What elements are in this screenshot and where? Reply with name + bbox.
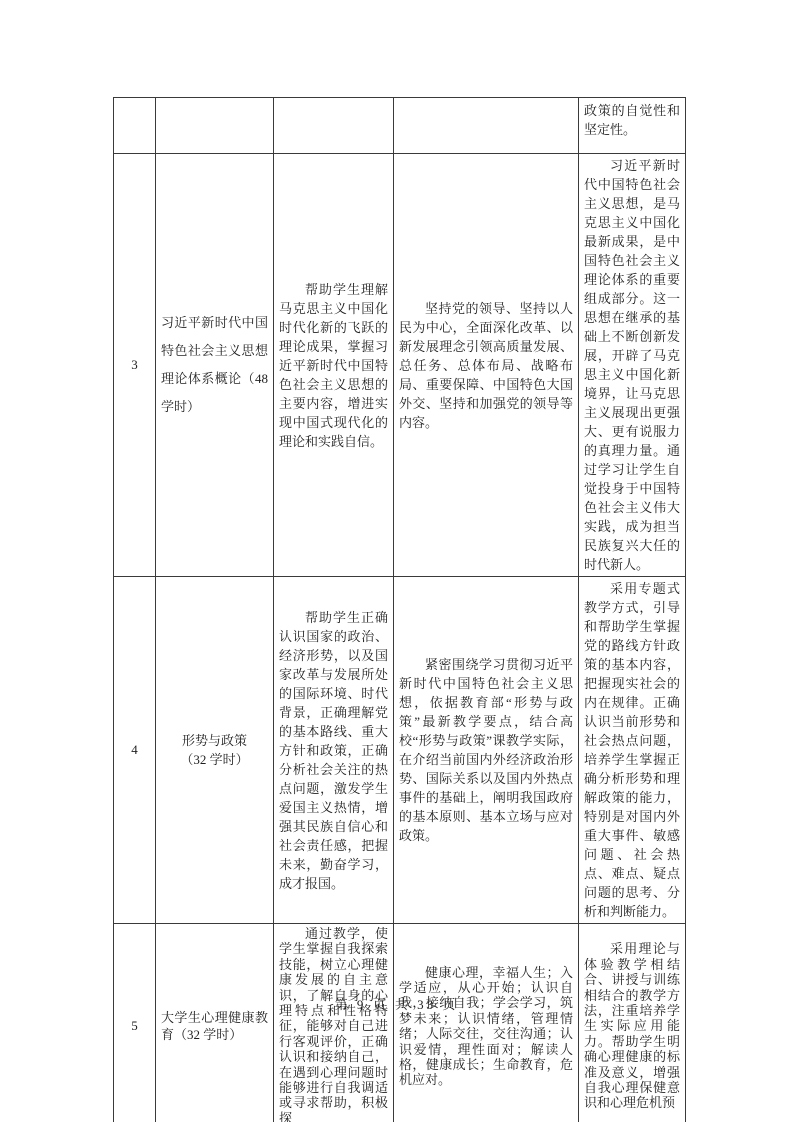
course-name-cell: 形势与政策 （32 学时） (156, 577, 274, 924)
table-row: 3 习近平新时代中国特色社会主义思想理论体系概论（48 学时） 帮助学生理解马克… (114, 154, 686, 577)
row-index-cell (114, 98, 156, 154)
objective-cell: 帮助学生理解马克思主义中国化时代化新的飞跃的理论成果，掌握习近平新时代中国特色社… (274, 154, 394, 577)
page-number: 第 9 页 共 33 页 (0, 994, 793, 1013)
course-table: 政策的自觉性和坚定性。 3 习近平新时代中国特色社会主义思想理论体系概论（48 … (113, 97, 686, 1122)
method-cell: 采用理论与体验教学相结合、讲授与训练相结合的教学方法，注重培养学生实际应用能力。… (579, 924, 686, 1122)
objective-cell (274, 98, 394, 154)
course-name-cell: 大学生心理健康教育（32 学时） (156, 924, 274, 1122)
objective-cell: 帮助学生正确认识国家的政治、经济形势，以及国家改革与发展所处的国际环境、时代背景… (274, 577, 394, 924)
course-name-cell (156, 98, 274, 154)
content-cell (394, 98, 579, 154)
content-cell: 坚持党的领导、坚持以人民为中心，全面深化改革、以新发展理念引领高质量发展、总任务… (394, 154, 579, 577)
document-page: 政策的自觉性和坚定性。 3 习近平新时代中国特色社会主义思想理论体系概论（48 … (0, 0, 793, 1122)
row-index-cell: 4 (114, 577, 156, 924)
row-index-cell: 3 (114, 154, 156, 577)
method-cell: 习近平新时代中国特色社会主义思想，是马克思主义中国化最新成果，是中国特色社会主义… (579, 154, 686, 577)
table-row: 4 形势与政策 （32 学时） 帮助学生正确认识国家的政治、经济形势，以及国家改… (114, 577, 686, 924)
content-cell: 健康心理，幸福人生；入学适应，从心开始；认识自我，接纳自我；学会学习，筑梦未来；… (394, 924, 579, 1122)
content-cell: 紧密围绕学习贯彻习近平新时代中国特色社会主义思想，依据教育部“形势与政策”最新教… (394, 577, 579, 924)
objective-cell: 通过教学，使学生掌握自我探索技能，树立心理健康发展的自主意识，了解自身的心理特点… (274, 924, 394, 1122)
course-name-cell: 习近平新时代中国特色社会主义思想理论体系概论（48 学时） (156, 154, 274, 577)
row-index-cell: 5 (114, 924, 156, 1122)
method-cell: 政策的自觉性和坚定性。 (579, 98, 686, 154)
table-row: 5 大学生心理健康教育（32 学时） 通过教学，使学生掌握自我探索技能，树立心理… (114, 924, 686, 1122)
table-row-continuation: 政策的自觉性和坚定性。 (114, 98, 686, 154)
method-cell: 采用专题式教学方式，引导和帮助学生掌握党的路线方针政策的基本内容，把握现实社会的… (579, 577, 686, 924)
